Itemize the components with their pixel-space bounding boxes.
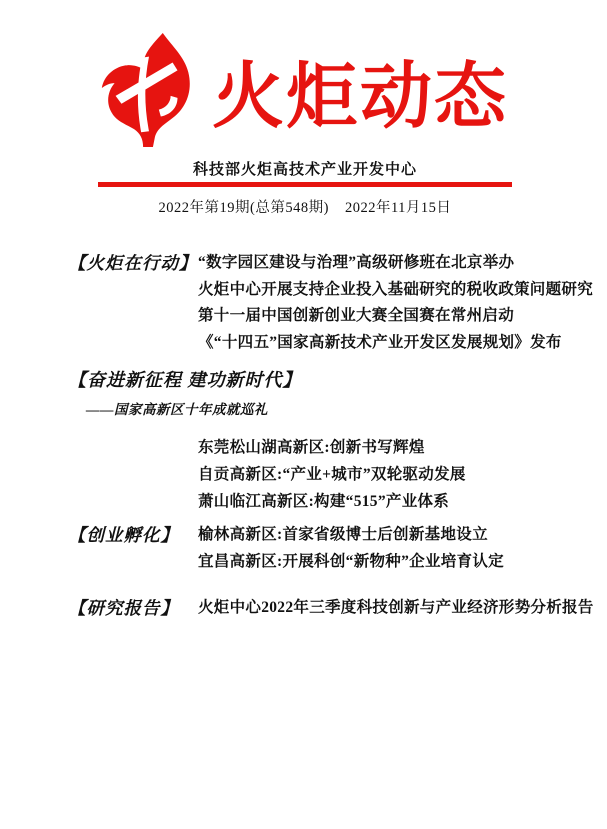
section-torch-in-action: 【火炬在行动】 “数字园区建设与治理”高级研修班在北京举办 火炬中心开展支持企业… (68, 250, 577, 356)
issue-line: 2022年第19期(总第548期)2022年11月15日 (98, 196, 512, 217)
section-new-journey-new-era: 【奋进新征程 建功新时代】 ——国家高新区十年成就巡礼 东莞松山湖高新区:创新书… (68, 366, 577, 515)
toc-item: “数字园区建设与治理”高级研修班在北京举办 (198, 250, 593, 277)
section-subtitle: ——国家高新区十年成就巡礼 (86, 398, 577, 418)
newsletter-front-page: 火炬动态 科技部火炬高技术产业开发中心 2022年第19期(总第548期)202… (0, 0, 607, 829)
issue-date: 2022年11月15日 (345, 200, 451, 216)
section-item-list: “数字园区建设与治理”高级研修班在北京举办 火炬中心开展支持企业投入基础研究的税… (198, 250, 593, 356)
section-label: 【火炬在行动】 (68, 250, 198, 275)
toc-item: 东莞松山湖高新区:创新书写辉煌 (198, 434, 577, 461)
section-item-list: 东莞松山湖高新区:创新书写辉煌 自贡高新区:“产业+城市”双轮驱动发展 萧山临江… (198, 434, 577, 515)
toc-item: 榆林高新区:首家省级博士后创新基地设立 (198, 522, 504, 549)
section-research-report: 【研究报告】 火炬中心2022年三季度科技创新与产业经济形势分析报告 (68, 595, 577, 622)
toc-item: 萧山临江高新区:构建“515”产业体系 (198, 488, 577, 515)
section-item-list: 榆林高新区:首家省级博士后创新基地设立 宜昌高新区:开展科创“新物种”企业培育认… (198, 522, 504, 575)
toc-item: 宜昌高新区:开展科创“新物种”企业培育认定 (198, 549, 504, 576)
toc-item: 《“十四五”国家高新技术产业开发区发展规划》发布 (198, 330, 593, 357)
section-label: 【研究报告】 (68, 595, 198, 620)
issue-number: 2022年第19期(总第548期) (159, 200, 329, 216)
toc-item: 火炬中心开展支持企业投入基础研究的税收政策问题研究 (198, 277, 593, 304)
toc-item: 自贡高新区:“产业+城市”双轮驱动发展 (198, 461, 577, 488)
red-divider-rule (98, 182, 512, 187)
section-item-list: 火炬中心2022年三季度科技创新与产业经济形势分析报告 (198, 595, 594, 622)
toc-item: 火炬中心2022年三季度科技创新与产业经济形势分析报告 (198, 595, 594, 622)
newsletter-title: 火炬动态 (212, 52, 512, 142)
torch-flame-icon (97, 33, 201, 147)
organization-name: 科技部火炬高技术产业开发中心 (98, 158, 512, 179)
section-label: 【创业孵化】 (68, 522, 198, 547)
section-label: 【奋进新征程 建功新时代】 (68, 366, 577, 392)
section-startup-incubation: 【创业孵化】 榆林高新区:首家省级博士后创新基地设立 宜昌高新区:开展科创“新物… (68, 522, 577, 575)
toc-item: 第十一届中国创新创业大赛全国赛在常州启动 (198, 303, 593, 330)
